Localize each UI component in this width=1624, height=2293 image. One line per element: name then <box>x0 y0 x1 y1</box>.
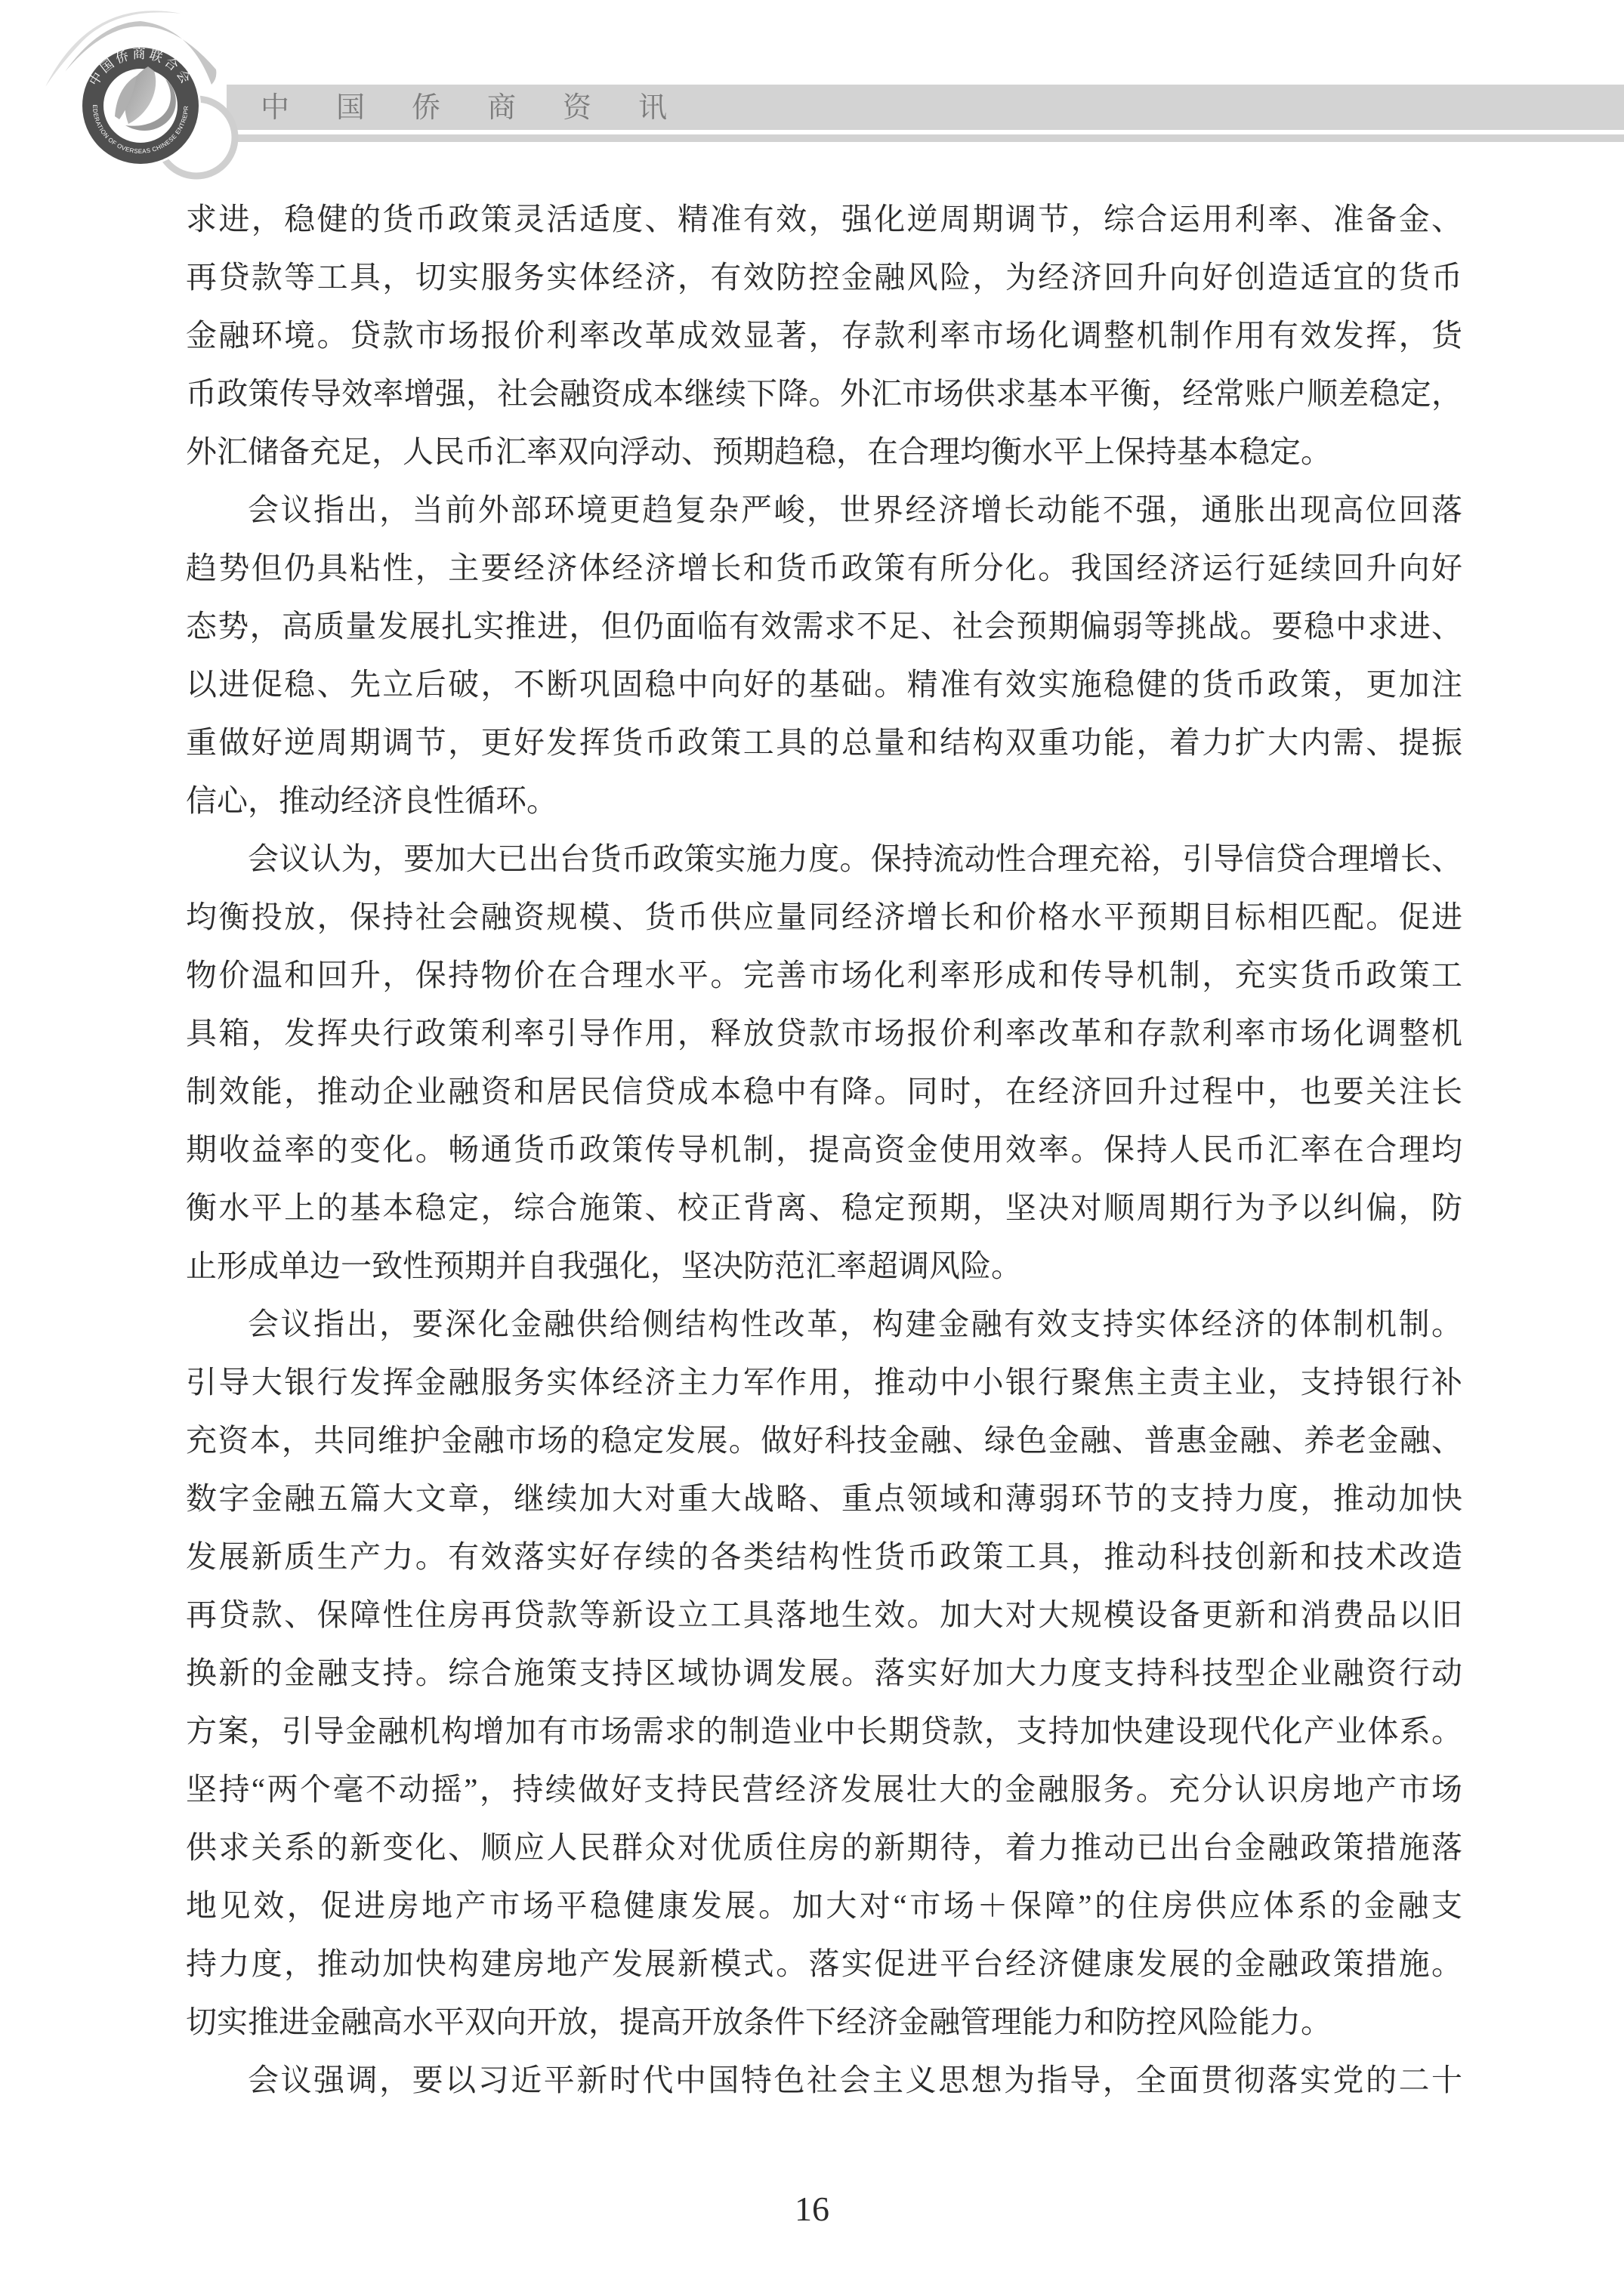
text-line: 换新的金融支持。综合施策支持区域协调发展。落实好加大力度支持科技型企业融资行动 <box>186 1644 1462 1702</box>
text-line: 再贷款、保障性住房再贷款等新设立工具落地生效。加大对大规模设备更新和消费品以旧 <box>186 1586 1462 1644</box>
page-number: 16 <box>0 2189 1624 2229</box>
text-line: 均衡投放，保持社会融资规模、货币供应量同经济增长和价格水平预期目标相匹配。促进 <box>186 888 1462 946</box>
text-line: 引导大银行发挥金融服务实体经济主力军作用，推动中小银行聚焦主责主业，支持银行补 <box>186 1353 1462 1412</box>
federation-seal-icon: 中国侨商联合会 CHINA FEDERATION OF OVERSEAS CHI… <box>0 0 272 198</box>
text-line: 发展新质生产力。有效落实好存续的各类结构性货币政策工具，推动科技创新和技术改造 <box>186 1528 1462 1586</box>
text-line: 以进促稳、先立后破，不断巩固稳中向好的基础。精准有效实施稳健的货币政策，更加注 <box>186 656 1462 714</box>
text-line: 趋势但仍具粘性，主要经济体经济增长和货币政策有所分化。我国经济运行延续回升向好 <box>186 539 1462 597</box>
text-line: 币政策传导效率增强，社会融资成本继续下降。外汇市场供求基本平衡，经常账户顺差稳定… <box>186 365 1462 423</box>
text-line: 金融环境。贷款市场报价利率改革成效显著，存款利率市场化调整机制作用有效发挥，货 <box>186 307 1462 365</box>
text-line: 方案，引导金融机构增加有市场需求的制造业中长期贷款，支持加快建设现代化产业体系。 <box>186 1702 1462 1761</box>
text-line: 会议指出，要深化金融供给侧结构性改革，构建金融有效支持实体经济的体制机制。 <box>186 1295 1462 1353</box>
header-underline-bar <box>168 134 1624 142</box>
text-line: 具箱，发挥央行政策利率引导作用，释放贷款市场报价利率改革和存款利率市场化调整机 <box>186 1005 1462 1063</box>
text-line: 持力度，推动加快构建房地产发展新模式。落实促进平台经济健康发展的金融政策措施。 <box>186 1935 1462 1993</box>
text-line: 重做好逆周期调节，更好发挥货币政策工具的总量和结构双重功能，着力扩大内需、提振 <box>186 714 1462 772</box>
text-line: 期收益率的变化。畅通货币政策传导机制，提高资金使用效率。保持人民币汇率在合理均 <box>186 1121 1462 1179</box>
text-line: 信心，推动经济良性循环。 <box>186 772 1462 830</box>
text-line: 坚持“两个毫不动摇”，持续做好支持民营经济发展壮大的金融服务。充分认识房地产市场 <box>186 1761 1462 1819</box>
federation-logo: 中国侨商联合会 CHINA FEDERATION OF OVERSEAS CHI… <box>0 0 272 198</box>
text-line: 会议指出，当前外部环境更趋复杂严峻，世界经济增长动能不强，通胀出现高位回落 <box>186 481 1462 539</box>
text-line: 求进，稳健的货币政策灵活适度、精准有效，强化逆周期调节，综合运用利率、准备金、 <box>186 190 1462 248</box>
text-line: 再贷款等工具，切实服务实体经济，有效防控金融风险，为经济回升向好创造适宜的货币 <box>186 248 1462 307</box>
text-line: 充资本，共同维护金融市场的稳定发展。做好科技金融、绿色金融、普惠金融、养老金融、 <box>186 1412 1462 1470</box>
text-line: 衡水平上的基本稳定，综合施策、校正背离、稳定预期，坚决对顺周期行为予以纠偏，防 <box>186 1179 1462 1237</box>
text-line: 制效能，推动企业融资和居民信贷成本稳中有降。同时，在经济回升过程中，也要关注长 <box>186 1063 1462 1121</box>
text-line: 止形成单边一致性预期并自我强化，坚决防范汇率超调风险。 <box>186 1237 1462 1295</box>
text-line: 切实推进金融高水平双向开放，提高开放条件下经济金融管理能力和防控风险能力。 <box>186 1993 1462 2051</box>
text-line: 态势，高质量发展扎实推进，但仍面临有效需求不足、社会预期偏弱等挑战。要稳中求进、 <box>186 597 1462 656</box>
header-title: 中国侨商资讯 <box>261 85 714 130</box>
text-line: 数字金融五篇大文章，继续加大对重大战略、重点领域和薄弱环节的支持力度，推动加快 <box>186 1470 1462 1528</box>
article-body: 求进，稳健的货币政策灵活适度、精准有效，强化逆周期调节，综合运用利率、准备金、 … <box>186 190 1462 2109</box>
document-page: 中国侨商资讯 <box>0 0 1624 2293</box>
text-line: 会议认为，要加大已出台货币政策实施力度。保持流动性合理充裕，引导信贷合理增长、 <box>186 830 1462 888</box>
text-line: 物价温和回升，保持物价在合理水平。完善市场化利率形成和传导机制，充实货币政策工 <box>186 946 1462 1005</box>
text-line: 外汇储备充足，人民币汇率双向浮动、预期趋稳，在合理均衡水平上保持基本稳定。 <box>186 423 1462 481</box>
text-line: 会议强调，要以习近平新时代中国特色社会主义思想为指导，全面贯彻落实党的二十 <box>186 2051 1462 2109</box>
text-line: 供求关系的新变化、顺应人民群众对优质住房的新期待，着力推动已出台金融政策措施落 <box>186 1819 1462 1877</box>
text-line: 地见效，促进房地产市场平稳健康发展。加大对“市场＋保障”的住房供应体系的金融支 <box>186 1877 1462 1935</box>
